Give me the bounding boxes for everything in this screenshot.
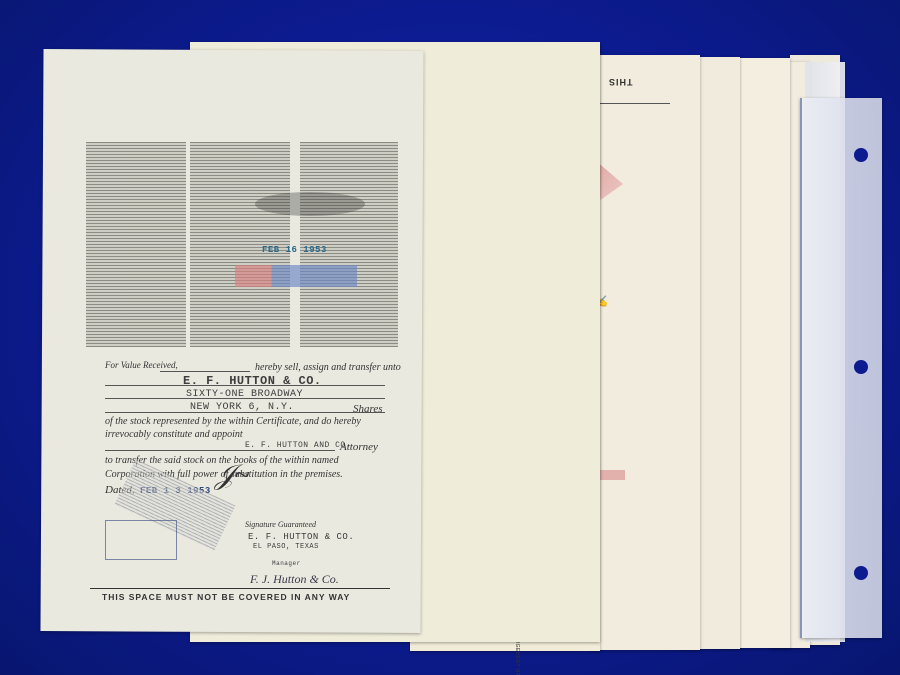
- assignee-stamp-line1: E. F. HUTTON & CO.: [183, 374, 322, 388]
- cancellation-stamp: [105, 520, 177, 560]
- guarantee-stamp: [235, 265, 357, 287]
- reverse-date-stamp: FEB 16 1953: [262, 245, 327, 255]
- shares-label: Shares: [353, 403, 383, 415]
- irrevocably-text: irrevocably constitute and appoint: [105, 429, 243, 440]
- hereby-sell: hereby sell, assign and transfer unto: [255, 362, 401, 373]
- binder-sheet-protector[interactable]: [800, 98, 882, 638]
- binder-hole: [854, 360, 868, 374]
- stock-represented-text: of the stock represented by the within C…: [105, 416, 361, 427]
- guarantor-line2: EL PASO, TEXAS: [253, 543, 319, 551]
- divider: [600, 103, 670, 104]
- for-value-received: For Value Received,: [105, 360, 178, 370]
- attorney-label: Attorney: [340, 441, 378, 453]
- signature-guaranteed: Signature Guaranteed: [245, 520, 316, 529]
- divider: [105, 450, 335, 451]
- bottom-notice: THIS SPACE MUST NOT BE COVERED IN ANY WA…: [102, 592, 350, 602]
- divider: [160, 371, 250, 372]
- pencil-note: F. J. Hutton & Co.: [250, 572, 339, 587]
- divider: [90, 588, 390, 589]
- guarantor-line1: E. F. HUTTON & CO.: [248, 532, 354, 542]
- binder-hole: [854, 148, 868, 162]
- attorney-stamp: E. F. HUTTON AND CO.: [245, 441, 351, 450]
- third-certificate: THIS ✍: [590, 55, 700, 650]
- guarantor-title: Manager: [272, 560, 301, 567]
- fine-print-column: [86, 142, 186, 347]
- divider: [105, 398, 385, 399]
- divider: [105, 412, 385, 413]
- upside-down-header: THIS: [608, 77, 633, 87]
- signature-scribble: 𝒥~: [215, 460, 249, 492]
- binder-hole: [854, 566, 868, 580]
- signature-overlay: [255, 192, 365, 216]
